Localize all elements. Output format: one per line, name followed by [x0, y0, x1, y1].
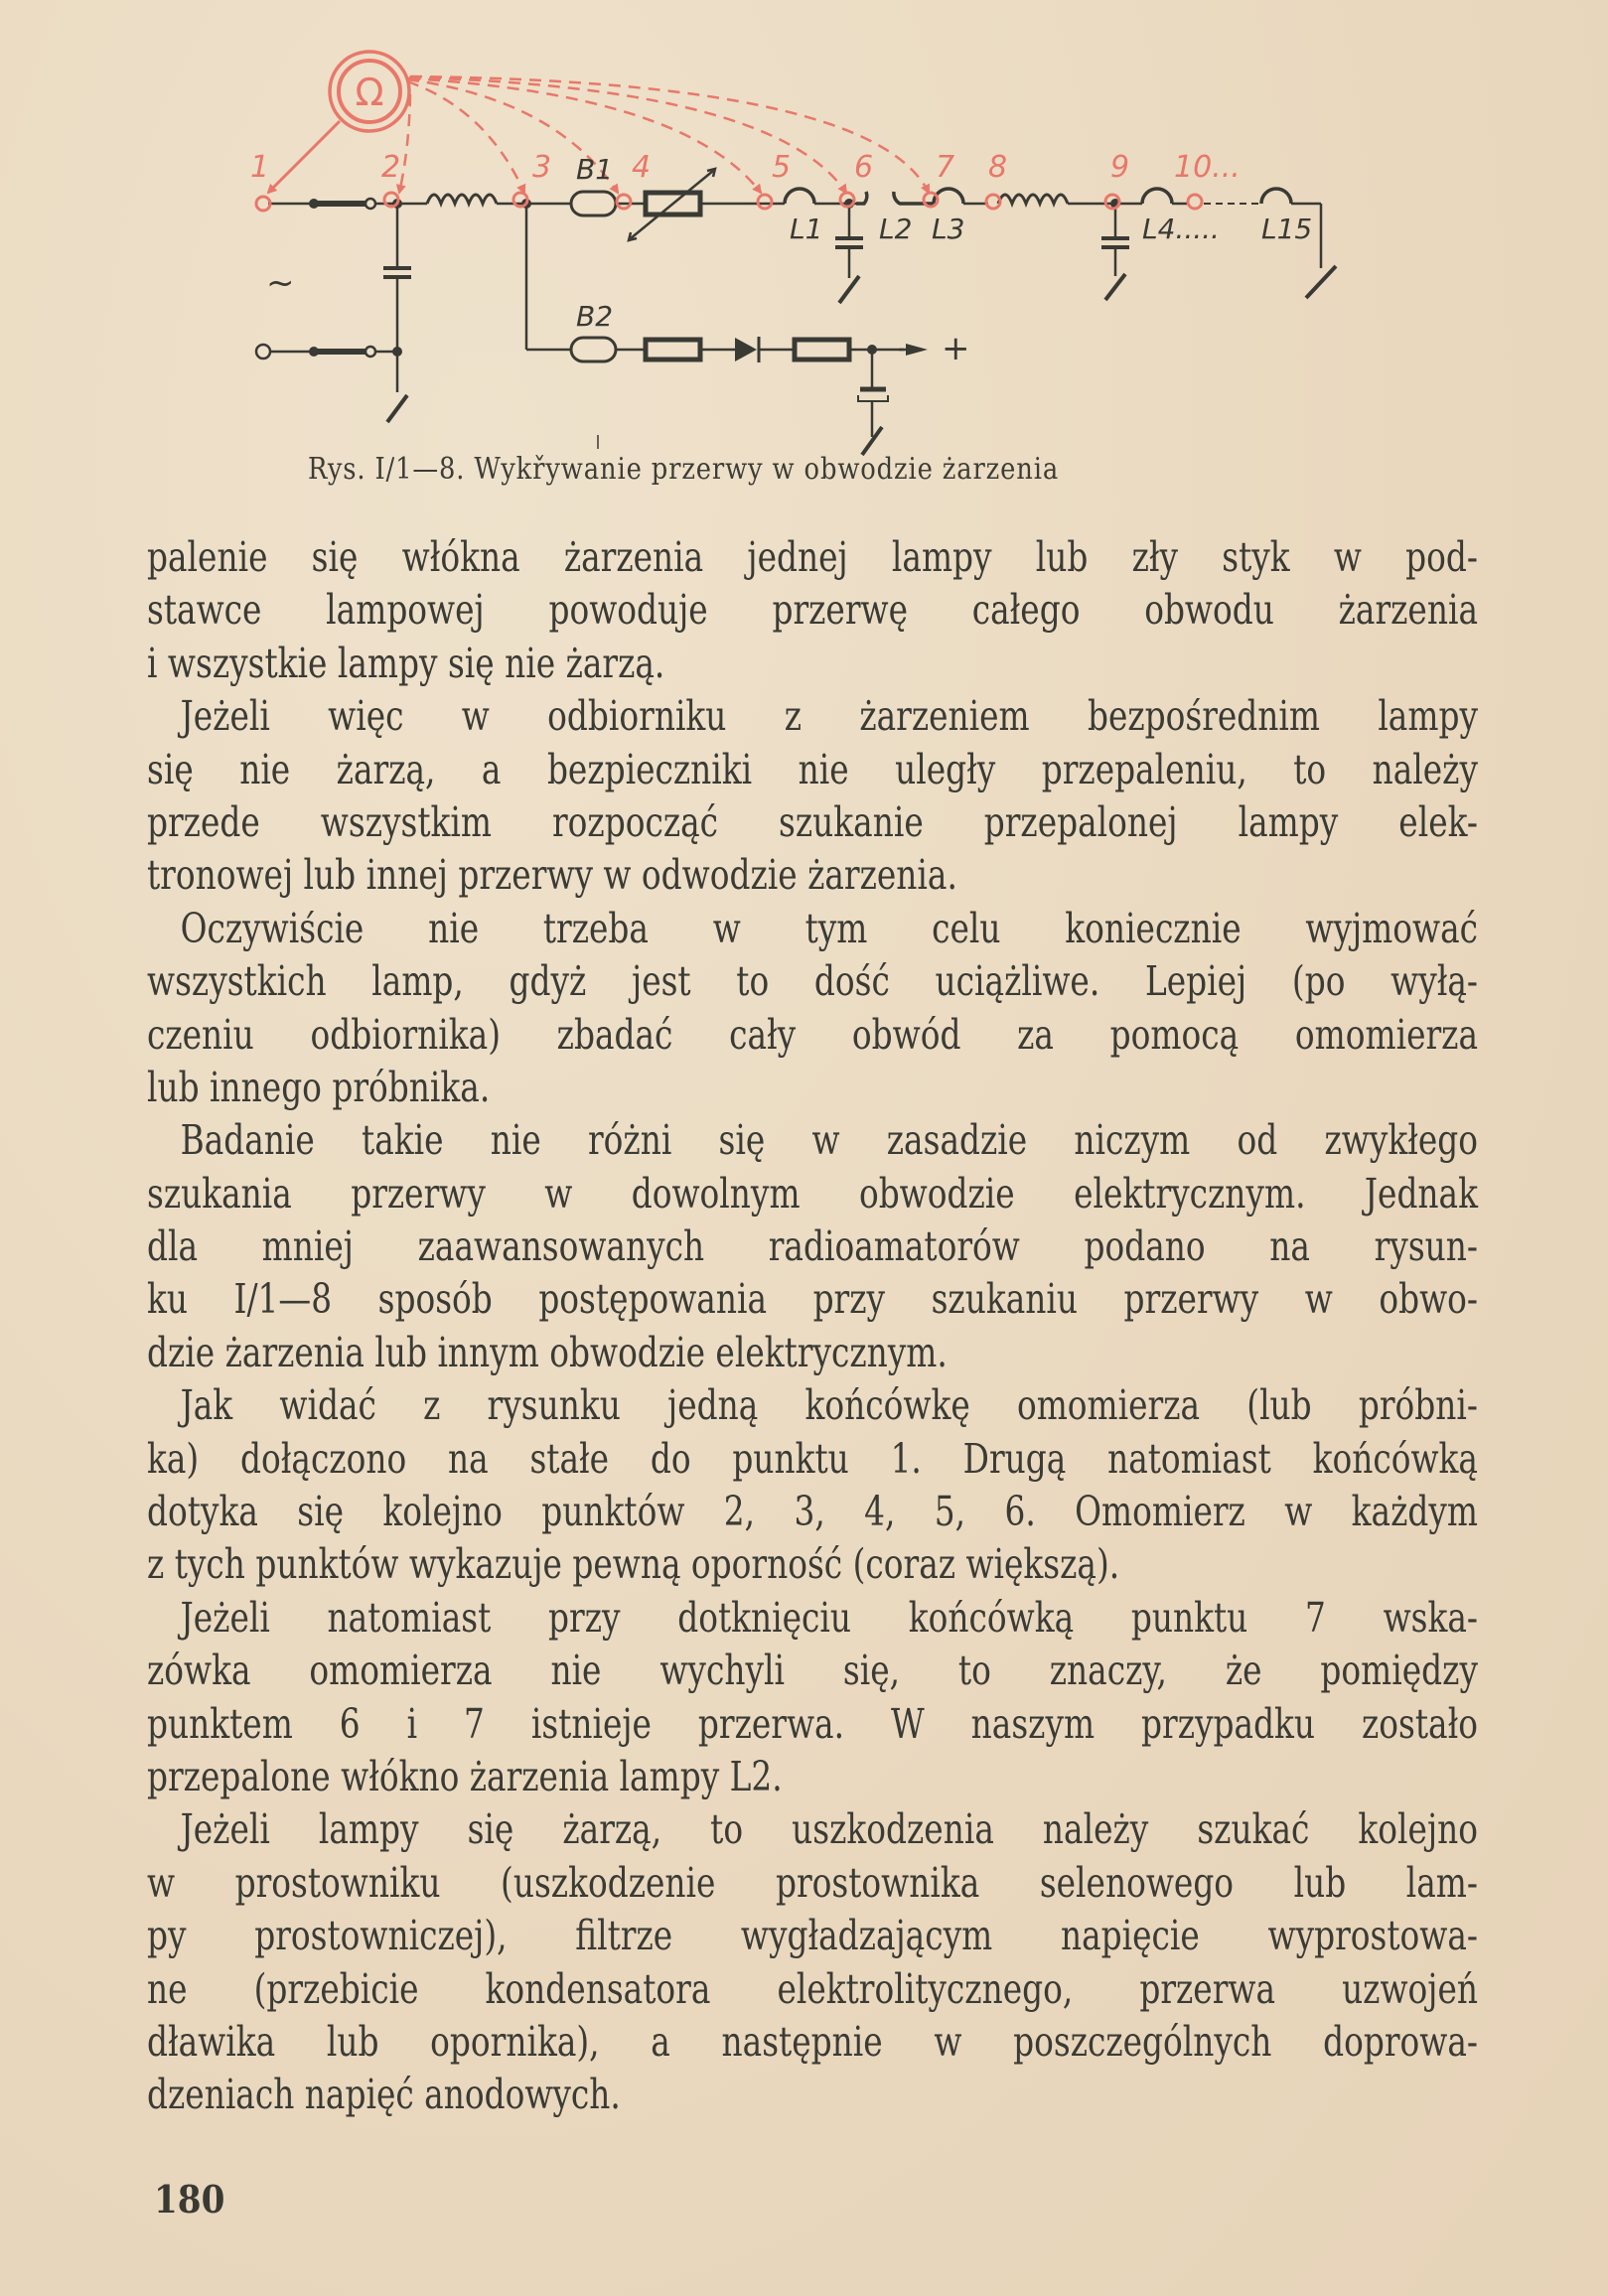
text-line: stawce lampowej powoduje przerwę całego …	[147, 584, 1478, 637]
text-line: Jeżeli lampy się żarzą, to uszkodzenia n…	[147, 1803, 1478, 1856]
text-line: z tych punktów wykazuje pewną oporność (…	[147, 1538, 1478, 1591]
paragraph: Jeżeli więc w odbiorniku z żarzeniem bez…	[147, 690, 1478, 903]
text-line: wszystkich lamp, gdyż jest to dość uciąż…	[147, 955, 1478, 1008]
point-label: 1	[250, 150, 269, 185]
lamp-label: L4.....	[1142, 213, 1220, 245]
text-line: Jeżeli więc w odbiorniku z żarzeniem bez…	[147, 690, 1478, 743]
text-line: w prostowniku (uszkodzenie prostownika s…	[147, 1857, 1478, 1910]
point-label: 8	[988, 150, 1007, 185]
text-line: czeniu odbiornika) zbadać cały obwód za …	[147, 1009, 1478, 1062]
paragraph: Jak widać z rysunku jedną końcówkę omomi…	[147, 1379, 1478, 1592]
fuse-b1-label: B1	[576, 153, 613, 186]
text-line: przepalone włókno żarzenia lampy L2.	[147, 1751, 1478, 1803]
text-line: dla mniej zaawansowanych radioamatorów p…	[147, 1220, 1478, 1273]
text-line: palenie się włókna żarzenia jednej lampy…	[147, 531, 1478, 584]
text-line: dzeniach napięć anodowych.	[147, 2069, 1478, 2121]
text-line: ku I/1—8 sposób postępowania przy szukan…	[147, 1273, 1478, 1326]
page-number: 180	[154, 2177, 224, 2222]
text-line: lub innego próbnika.	[147, 1062, 1478, 1114]
text-line: Jeżeli natomiast przy dotknięciu końcówk…	[147, 1592, 1478, 1645]
point-label: 9	[1110, 150, 1129, 185]
text-line: dzie żarzenia lub innym obwodzie elektry…	[147, 1327, 1478, 1379]
ac-source-symbol: ~	[266, 263, 295, 303]
point-label: 10...	[1174, 150, 1241, 185]
text-line: Oczywiście nie trzeba w tym celu koniecz…	[147, 903, 1478, 955]
paragraph: palenie się włókna żarzenia jednej lampy…	[147, 531, 1478, 690]
text-line: dotyka się kolejno punktów 2, 3, 4, 5, 6…	[147, 1486, 1478, 1538]
paragraph: Jeżeli natomiast przy dotknięciu końcówk…	[147, 1592, 1478, 1804]
lamp-label: L3	[932, 213, 964, 245]
text-line: Jak widać z rysunku jedną końcówkę omomi…	[147, 1379, 1478, 1432]
lamp-label: L2	[879, 213, 912, 245]
point-labels: 1 2 3 4 5 6 7 8 9 10...	[250, 150, 1241, 185]
text-line: dławika lub opornika), a następnie w pos…	[147, 2016, 1478, 2069]
filament-circuit-diagram: Ω 1 2 3 4 5	[0, 0, 1608, 467]
diode-symbol	[735, 338, 757, 361]
text-line: się nie żarzą, a bezpieczniki nie uległy…	[147, 744, 1478, 796]
text-line: tronowej lub innej przerwy w odwodzie ża…	[147, 849, 1478, 902]
text-line: Badanie takie nie różni się w zasadzie n…	[147, 1114, 1478, 1167]
text-line: ka) dołączono na stałe do punktu 1. Drug…	[147, 1433, 1478, 1486]
text-line: punktem 6 i 7 istnieje przerwa. W naszym…	[147, 1698, 1478, 1751]
figure-caption: Rys. I/1—8. Wykřywanie przerwy w obwodzi…	[308, 452, 1059, 487]
paragraph: Oczywiście nie trzeba w tym celu koniecz…	[147, 903, 1478, 1115]
lamp-label: L1	[790, 213, 822, 245]
point-label: 2	[381, 150, 400, 185]
plus-terminal-symbol: +	[942, 329, 970, 368]
point-label: 5	[772, 150, 791, 185]
paragraph: Badanie takie nie różni się w zasadzie n…	[147, 1114, 1478, 1379]
text-line: szukania przerwy w dowolnym obwodzie ele…	[147, 1168, 1478, 1220]
paragraph: Jeżeli lampy się żarzą, to uszkodzenia n…	[147, 1803, 1478, 2121]
component-labels: B1 B2 L1 L2 L3 L4..... L15 ~ +	[266, 153, 1312, 368]
text-line: i wszystkie lampy się nie żarzą.	[147, 638, 1478, 690]
text-line: ne (przebicie kondensatora elektrolitycz…	[147, 1963, 1478, 2016]
point-label: 3	[532, 150, 551, 185]
text-line: zówka omomierza nie wychyli się, to znac…	[147, 1645, 1478, 1697]
ohmmeter: Ω	[330, 52, 409, 131]
circuit-figure: Ω 1 2 3 4 5	[0, 0, 1608, 467]
lamp-label: L15	[1261, 213, 1312, 245]
text-line: przede wszystkim rozpocząć szukanie prze…	[147, 796, 1478, 849]
point-label: 6	[854, 150, 873, 185]
body-text: palenie się włókna żarzenia jednej lampy…	[147, 531, 1478, 2122]
point-label: 7	[936, 150, 954, 185]
point-label: 4	[632, 150, 651, 185]
ohm-symbol: Ω	[355, 71, 383, 114]
fuse-b2-label: B2	[576, 300, 613, 333]
text-line: py prostowniczej), filtrze wygładzającym…	[147, 1910, 1478, 1962]
